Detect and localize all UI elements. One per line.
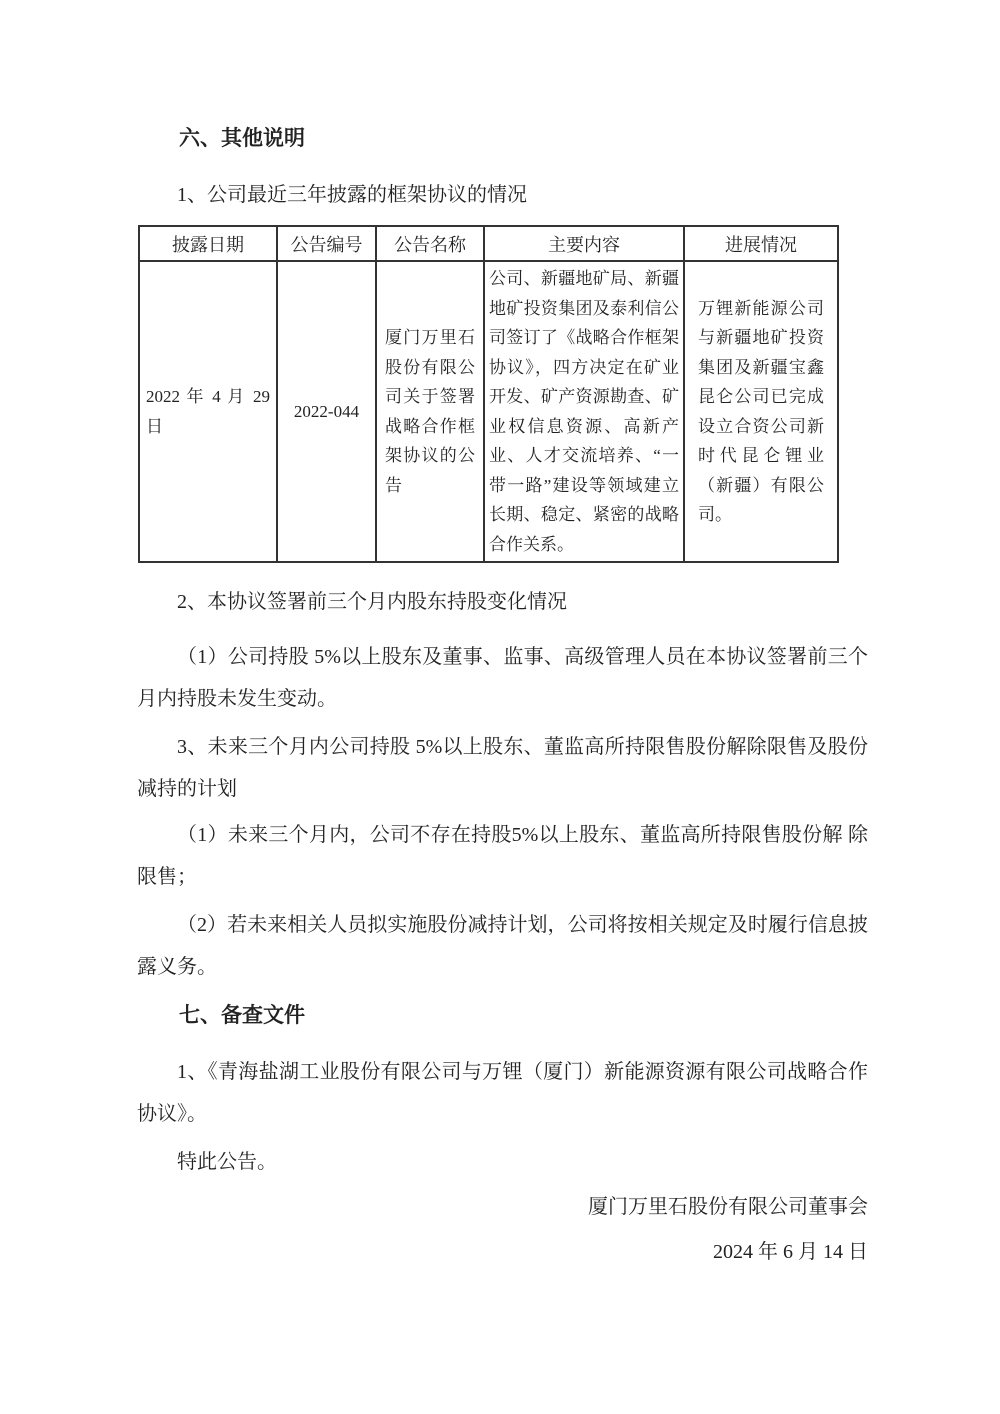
table-row: 2022 年 4 月 29 日 2022-044 厦门万里石股份有限公司关于签署… (139, 261, 838, 562)
para-future-plan: 3、未来三个月内公司持股 5%以上股东、董监高所持限售股份解除限售及股份减持的计… (137, 726, 868, 810)
signature-date: 2024 年 6 月 14 日 (137, 1231, 868, 1273)
para-reference-document: 1、《青海盐湖工业股份有限公司与万锂（厦门）新能源资源有限公司战略合作协议》。 (137, 1051, 868, 1135)
header-announcement-no: 公告编号 (277, 226, 376, 261)
signature-company: 厦门万里石股份有限公司董事会 (137, 1186, 868, 1228)
para-closing: 特此公告。 (137, 1141, 868, 1183)
header-main-content: 主要内容 (484, 226, 684, 261)
para-recent-frameworks: 1、公司最近三年披露的框架协议的情况 (137, 174, 868, 216)
para-shareholding-change-detail: （1）公司持股 5%以上股东及董事、监事、高级管理人员在本协议签署前三个月内持股… (137, 636, 868, 720)
cell-announcement-no: 2022-044 (277, 261, 376, 562)
para-future-plan-item2: （2）若未来相关人员拟实施股份减持计划，公司将按相关规定及时履行信息披露义务。 (137, 904, 868, 988)
table-header-row: 披露日期 公告编号 公告名称 主要内容 进展情况 (139, 226, 838, 261)
cell-progress: 万锂新能源公司与新疆地矿投资集团及新疆宝鑫昆仑公司已完成设立合资公司新时代昆仑锂… (684, 261, 838, 562)
para-future-plan-item1: （1）未来三个月内，公司不存在持股5%以上股东、董监高所持限售股份解 除限售； (137, 814, 868, 898)
header-disclosure-date: 披露日期 (139, 226, 277, 261)
section-7-heading: 七、备查文件 (137, 994, 868, 1036)
para-shareholding-change: 2、本协议签署前三个月内股东持股变化情况 (137, 581, 868, 623)
header-progress: 进展情况 (684, 226, 838, 261)
section-6-heading: 六、其他说明 (137, 117, 868, 159)
cell-main-content: 公司、新疆地矿局、新疆地矿投资集团及泰利信公司签订了《战略合作框架协议》，四方决… (484, 261, 684, 562)
framework-agreements-table: 披露日期 公告编号 公告名称 主要内容 进展情况 2022 年 4 月 29 日… (138, 225, 839, 563)
cell-disclosure-date: 2022 年 4 月 29 日 (139, 261, 277, 562)
cell-announcement-name: 厦门万里石股份有限公司关于签署战略合作框架协议的公告 (376, 261, 484, 562)
announcement-page: 六、其他说明 1、公司最近三年披露的框架协议的情况 披露日期 公告编号 公告名称… (0, 0, 1000, 1414)
header-announcement-name: 公告名称 (376, 226, 484, 261)
